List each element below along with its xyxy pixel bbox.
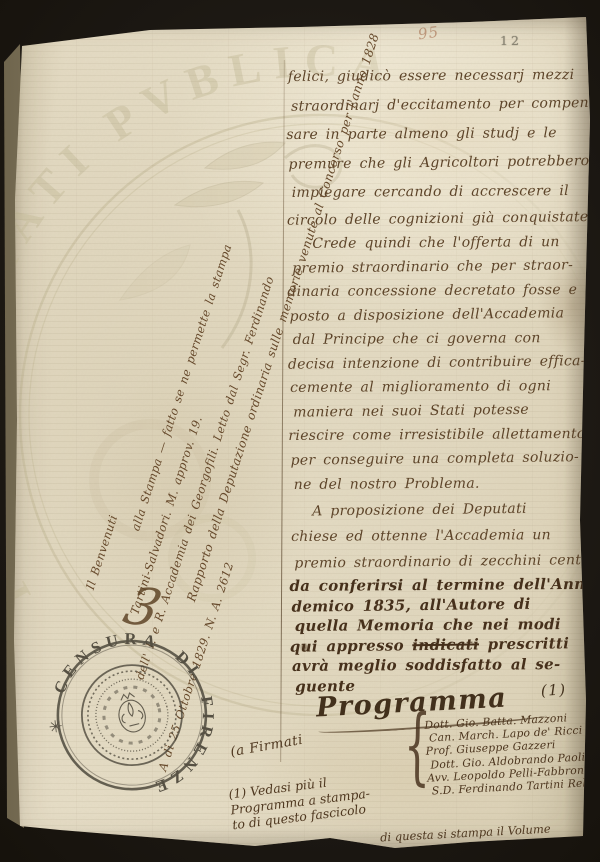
stamp-center-emblem (114, 691, 149, 735)
manuscript-line: quella Memoria che nei modi (295, 614, 572, 636)
page-number: 12 (500, 33, 522, 48)
manuscript-line: cemente al miglioramento di ogni (290, 374, 570, 400)
manuscript-line: da conferirsi al termine dell'Anno acca- (289, 574, 571, 596)
manuscript-line: avrà meglio soddisfatto al se- (292, 654, 572, 676)
manuscript-line: decisa intenzione di contribuire effica- (288, 349, 570, 376)
manuscript-line: premio straordinario di zecchini cento (294, 547, 571, 576)
manuscript-line: maniera nei suoi Stati potesse (293, 397, 570, 424)
manuscript-line: riescire come irresistibile allettamento (288, 422, 570, 448)
manuscript-line: per conseguire una completa soluzio- (290, 445, 570, 472)
signature-list: Dott. Gio. Batta. Mazzoni Can. March. La… (428, 709, 600, 797)
manuscript-line: dal Principe che ci governa con (293, 326, 570, 352)
manuscript-line: felici, giudicò essere necessarj mezzi (288, 61, 568, 92)
manuscript-line: straordinarj d'eccitamento per compen- (291, 89, 568, 121)
manuscript-line: qui appresso indicati prescritti (290, 633, 572, 656)
manuscript-line: chiese ed ottenne l'Accademia un (291, 522, 571, 550)
manuscript-line: A proposizione dei Deputati (289, 495, 571, 524)
manuscript-line: posto a disposizione dell'Accademia (289, 301, 569, 328)
manuscript-line: demico 1835, all'Autore di (291, 593, 571, 616)
manuscript-line: ne del nostro Problema. (294, 470, 571, 498)
folio-ink-number: 95 (417, 23, 440, 44)
manuscript-paper: PROSPERITATI PVBLICAE 95 12 (0, 0, 600, 862)
footnote-reference-mark: (1) (540, 680, 567, 699)
manuscript-scan: PROSPERITATI PVBLICAE 95 12 (0, 0, 600, 862)
struck-word: indicati (412, 635, 479, 654)
